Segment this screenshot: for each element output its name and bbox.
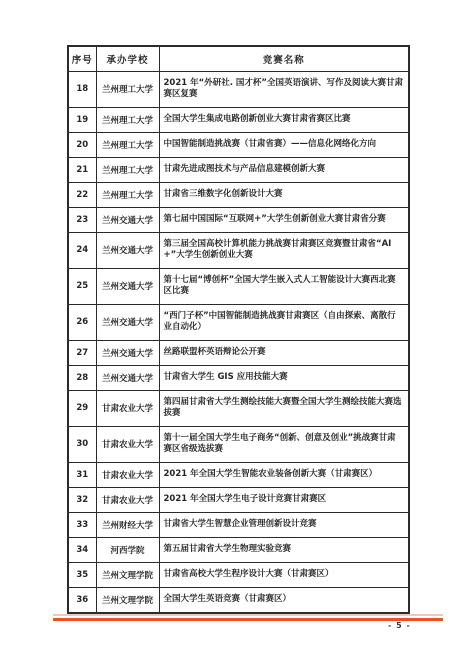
table-row: 28 兰州交通大学 甘肃省大学生 GIS 应用技能大赛 xyxy=(68,365,409,390)
cell-competition-name: 甘肃先进成图技术与产品信息建模创新大赛 xyxy=(159,157,409,182)
cell-competition-name: 甘肃省高校大学生程序设计大赛（甘肃赛区） xyxy=(159,562,409,587)
cell-school-name: 河西学院 xyxy=(96,537,159,562)
cell-seq-number: 34 xyxy=(68,537,96,562)
cell-school-name: 兰州交通大学 xyxy=(96,304,159,340)
cell-school-name: 兰州理工大学 xyxy=(96,182,159,207)
cell-seq-number: 31 xyxy=(68,462,96,487)
footer-rule-accent xyxy=(53,618,443,621)
competitions-table-container: 序号 承办学校 竞赛名称 18 兰州理工大学 2021 年“外研社. 国才杯”全… xyxy=(67,45,410,614)
competitions-table: 序号 承办学校 竞赛名称 18 兰州理工大学 2021 年“外研社. 国才杯”全… xyxy=(67,45,410,614)
cell-seq-number: 25 xyxy=(68,268,96,304)
cell-school-name: 兰州理工大学 xyxy=(96,132,159,157)
cell-competition-name: 中国智能制造挑战赛（甘肃省赛）——信息化网络化方向 xyxy=(159,132,409,157)
page-number: - 5 - xyxy=(388,621,411,630)
cell-competition-name: 2021 年全国大学生电子设计竞赛甘肃赛区 xyxy=(159,487,409,512)
cell-seq-number: 22 xyxy=(68,182,96,207)
table-row: 29 甘肃农业大学 第四届甘肃省大学生测绘技能大赛暨全国大学生测绘技能大赛选拔赛 xyxy=(68,390,409,426)
cell-school-name: 兰州财经大学 xyxy=(96,512,159,537)
cell-school-name: 兰州交通大学 xyxy=(96,268,159,304)
cell-competition-name: 第十七届“博创杯”全国大学生嵌入式人工智能设计大赛西北赛区比赛 xyxy=(159,268,409,304)
table-row: 33 兰州财经大学 甘肃省大学生智慧企业管理创新设计竞赛 xyxy=(68,512,409,537)
cell-school-name: 甘肃农业大学 xyxy=(96,487,159,512)
cell-seq-number: 36 xyxy=(68,587,96,613)
table-row: 30 甘肃农业大学 第十一届全国大学生电子商务“创新、创意及创业”挑战赛甘肃赛区… xyxy=(68,426,409,462)
cell-school-name: 甘肃农业大学 xyxy=(96,426,159,462)
cell-competition-name: 全国大学生英语竞赛（甘肃赛区） xyxy=(159,587,409,613)
table-row: 32 甘肃农业大学 2021 年全国大学生电子设计竞赛甘肃赛区 xyxy=(68,487,409,512)
table-row: 36 兰州文理学院 全国大学生英语竞赛（甘肃赛区） xyxy=(68,587,409,613)
cell-competition-name: 第四届甘肃省大学生测绘技能大赛暨全国大学生测绘技能大赛选拔赛 xyxy=(159,390,409,426)
cell-seq-number: 21 xyxy=(68,157,96,182)
table-row: 27 兰州交通大学 丝路联盟杯英语辩论公开赛 xyxy=(68,340,409,365)
cell-competition-name: 全国大学生集成电路创新创业大赛甘肃省赛区比赛 xyxy=(159,107,409,132)
cell-seq-number: 24 xyxy=(68,232,96,268)
cell-seq-number: 27 xyxy=(68,340,96,365)
cell-competition-name: 甘肃省大学生 GIS 应用技能大赛 xyxy=(159,365,409,390)
document-page: 序号 承办学校 竞赛名称 18 兰州理工大学 2021 年“外研社. 国才杯”全… xyxy=(0,0,476,651)
cell-seq-number: 26 xyxy=(68,304,96,340)
cell-school-name: 兰州理工大学 xyxy=(96,157,159,182)
table-row: 20 兰州理工大学 中国智能制造挑战赛（甘肃省赛）——信息化网络化方向 xyxy=(68,132,409,157)
table-row: 18 兰州理工大学 2021 年“外研社. 国才杯”全国英语演讲、写作及阅读大赛… xyxy=(68,72,409,108)
cell-school-name: 甘肃农业大学 xyxy=(96,462,159,487)
cell-seq-number: 23 xyxy=(68,207,96,232)
table-row: 19 兰州理工大学 全国大学生集成电路创新创业大赛甘肃省赛区比赛 xyxy=(68,107,409,132)
table-row: 21 兰州理工大学 甘肃先进成图技术与产品信息建模创新大赛 xyxy=(68,157,409,182)
table-row: 35 兰州文理学院 甘肃省高校大学生程序设计大赛（甘肃赛区） xyxy=(68,562,409,587)
cell-seq-number: 28 xyxy=(68,365,96,390)
table-row: 25 兰州交通大学 第十七届“博创杯”全国大学生嵌入式人工智能设计大赛西北赛区比… xyxy=(68,268,409,304)
cell-competition-name: 2021 年“外研社. 国才杯”全国英语演讲、写作及阅读大赛甘肃赛区复赛 xyxy=(159,72,409,108)
cell-competition-name: 第三届全国高校计算机能力挑战赛甘肃赛区竞赛暨甘肃省“AI+”大学生创新创业大赛 xyxy=(159,232,409,268)
cell-seq-number: 35 xyxy=(68,562,96,587)
cell-school-name: 兰州交通大学 xyxy=(96,340,159,365)
cell-competition-name: 第七届中国国际“互联网+”大学生创新创业大赛甘肃省分赛 xyxy=(159,207,409,232)
cell-school-name: 兰州交通大学 xyxy=(96,207,159,232)
cell-school-name: 兰州理工大学 xyxy=(96,107,159,132)
table-row: 24 兰州交通大学 第三届全国高校计算机能力挑战赛甘肃赛区竞赛暨甘肃省“AI+”… xyxy=(68,232,409,268)
cell-competition-name: 甘肃省三维数字化创新设计大赛 xyxy=(159,182,409,207)
cell-school-name: 兰州文理学院 xyxy=(96,562,159,587)
cell-competition-name: 丝路联盟杯英语辩论公开赛 xyxy=(159,340,409,365)
table-row: 23 兰州交通大学 第七届中国国际“互联网+”大学生创新创业大赛甘肃省分赛 xyxy=(68,207,409,232)
cell-competition-name: “西门子杯”中国智能制造挑战赛甘肃赛区（自由探索、离散行业自动化） xyxy=(159,304,409,340)
table-row: 26 兰州交通大学 “西门子杯”中国智能制造挑战赛甘肃赛区（自由探索、离散行业自… xyxy=(68,304,409,340)
cell-school-name: 兰州理工大学 xyxy=(96,72,159,108)
cell-school-name: 兰州文理学院 xyxy=(96,587,159,613)
cell-seq-number: 18 xyxy=(68,72,96,108)
column-header-competition: 竞赛名称 xyxy=(159,46,409,72)
cell-competition-name: 2021 年全国大学生智能农业装备创新大赛（甘肃赛区） xyxy=(159,462,409,487)
cell-competition-name: 第十一届全国大学生电子商务“创新、创意及创业”挑战赛甘肃赛区省级选拔赛 xyxy=(159,426,409,462)
column-header-school: 承办学校 xyxy=(96,46,159,72)
table-row: 34 河西学院 第五届甘肃省大学生物理实验竞赛 xyxy=(68,537,409,562)
footer-rule-light xyxy=(53,614,443,616)
cell-school-name: 兰州交通大学 xyxy=(96,232,159,268)
cell-seq-number: 20 xyxy=(68,132,96,157)
cell-school-name: 甘肃农业大学 xyxy=(96,390,159,426)
cell-seq-number: 32 xyxy=(68,487,96,512)
cell-seq-number: 33 xyxy=(68,512,96,537)
column-header-seq: 序号 xyxy=(68,46,96,72)
cell-competition-name: 甘肃省大学生智慧企业管理创新设计竞赛 xyxy=(159,512,409,537)
cell-seq-number: 19 xyxy=(68,107,96,132)
cell-school-name: 兰州交通大学 xyxy=(96,365,159,390)
table-row: 22 兰州理工大学 甘肃省三维数字化创新设计大赛 xyxy=(68,182,409,207)
cell-seq-number: 30 xyxy=(68,426,96,462)
table-row: 31 甘肃农业大学 2021 年全国大学生智能农业装备创新大赛（甘肃赛区） xyxy=(68,462,409,487)
cell-seq-number: 29 xyxy=(68,390,96,426)
table-header-row: 序号 承办学校 竞赛名称 xyxy=(68,46,409,72)
cell-competition-name: 第五届甘肃省大学生物理实验竞赛 xyxy=(159,537,409,562)
